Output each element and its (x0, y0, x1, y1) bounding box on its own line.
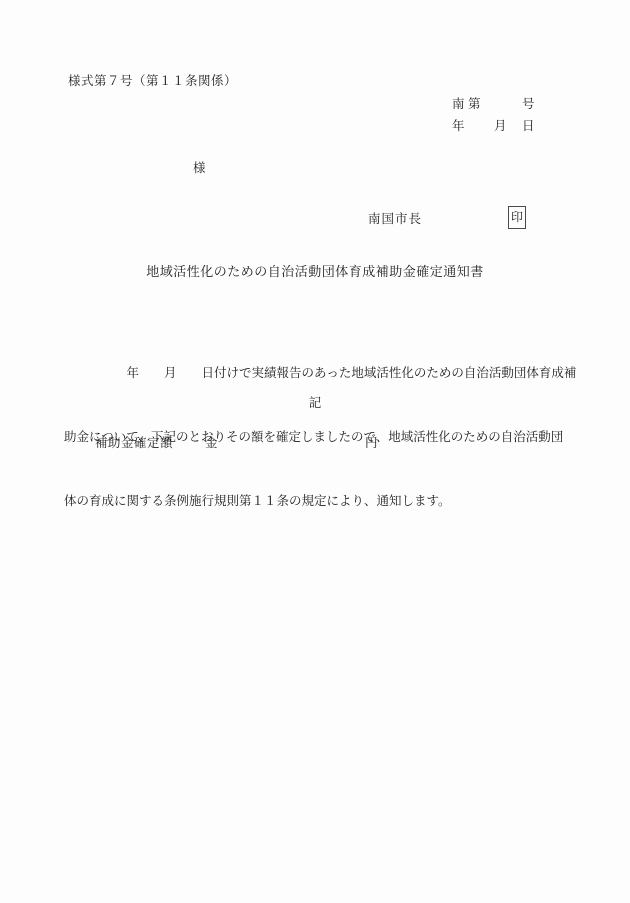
issuer-name: 南国市長 (368, 209, 422, 227)
form-number-label: 様式第７号（第１１条関係） (68, 71, 237, 89)
seal-box: 印 (508, 206, 526, 229)
doc-number-dai: 第 (468, 94, 481, 112)
date-year-label: 年 (452, 116, 465, 134)
body-line-1: 年 月 日付けで実績報告のあった地域活性化のための自治活動団体育成補 (64, 363, 574, 384)
amount-label: 補助金確定額 (95, 433, 173, 451)
body-line-3: 体の育成に関する条例施行規則第１１条の規定により、通知します。 (64, 491, 574, 512)
date-month-label: 月 (494, 116, 507, 134)
document-page: 様式第７号（第１１条関係） 南 第 号 年 月 日 様 南国市長 印 地域活性化… (0, 0, 630, 903)
doc-number-prefix: 南 (452, 94, 465, 112)
date-day-label: 日 (522, 116, 535, 134)
ki-marker: 記 (0, 393, 630, 411)
doc-number-suffix: 号 (522, 94, 535, 112)
amount-currency-prefix: 金 (205, 433, 218, 451)
document-title: 地域活性化のための自治活動団体育成補助金確定通知書 (0, 261, 630, 280)
amount-currency-suffix: 円 (365, 433, 378, 451)
addressee-honorific: 様 (193, 158, 206, 176)
